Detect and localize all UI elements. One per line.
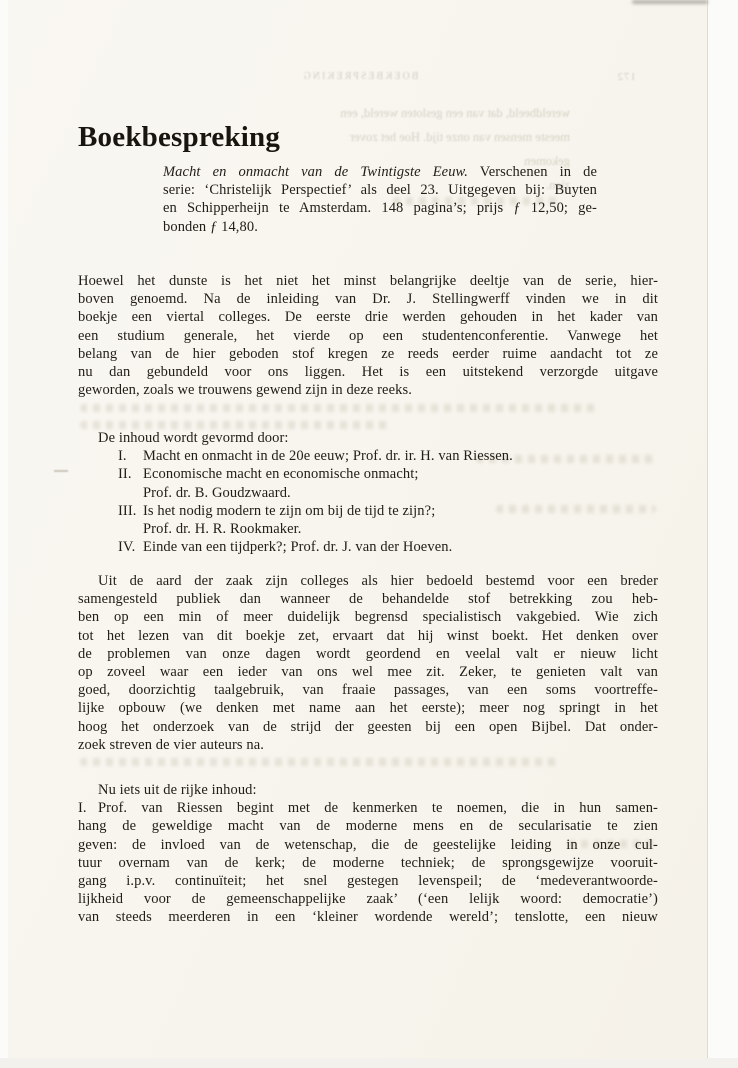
scan-edge-smudge (632, 0, 708, 4)
text-line: geworden, zoals we trouwens gewend zijn … (78, 381, 658, 399)
text-run: Uit de aard der zaak zijn colleges als h… (98, 573, 658, 589)
list-item-line: III.Is het nodig modern te zijn om bij d… (118, 502, 658, 520)
list-item-numeral: IV. (118, 538, 143, 556)
text-line: op zoveel waar een ieder van ons wel mee… (78, 663, 658, 681)
text-run: Prof. van Riessen begint met de kenmerke… (98, 800, 658, 816)
scan-bottom-edge (0, 1058, 738, 1068)
list-item-text: Economische macht en economische onmacht… (143, 465, 658, 483)
text-run: belang van de hier geboden stof kregen z… (78, 346, 658, 362)
list-item-line: Prof. dr. H. R. Rookmaker. (118, 520, 658, 538)
list-item-text: Prof. dr. B. Goudzwaard. (143, 484, 658, 502)
text-line: nu dan gebundeld voor ons liggen. Het is… (78, 363, 658, 381)
scan-smudge (80, 404, 600, 412)
text-run: bonden (163, 219, 210, 235)
text-line: boekje een viertal colleges. De eerste d… (78, 308, 658, 326)
list-item-text: Prof. dr. H. R. Rookmaker. (143, 520, 658, 538)
text-run: tot het lezen van dit boekje zet, ervaar… (78, 628, 658, 644)
text-run: geworden, zoals we trouwens gewend zijn … (78, 382, 412, 398)
text-run: en Schipperheijn te Amsterdam. 148 pagin… (163, 200, 513, 216)
ghost-page-number: 172 (596, 71, 636, 83)
text-run: I. (78, 799, 98, 817)
text-run: nu dan gebundeld voor ons liggen. Het is… (78, 364, 658, 380)
text-run: hang de geweldige macht van de moderne m… (78, 818, 658, 834)
text-line: lijke opbouw (we denken met name aan het… (78, 699, 658, 717)
text-run: een studium generale, het vierde op een … (78, 328, 658, 344)
text-run: hoog het onderzoek van de strijd der gee… (78, 719, 658, 735)
text-run: boven genoemd. Na de inleiding van Dr. J… (78, 291, 658, 307)
text-line: de problemen van onze dagen wordt georde… (78, 645, 658, 663)
text-line: Hoewel het dunste is het niet het minst … (78, 272, 658, 290)
text-line: tot het lezen van dit boekje zet, ervaar… (78, 627, 658, 645)
list-item-numeral: II. (118, 465, 143, 483)
text-line: Uit de aard der zaak zijn colleges als h… (78, 572, 658, 590)
scan-smudge (80, 758, 560, 766)
text-run: Hoewel het dunste is het niet het minst … (78, 273, 658, 289)
text-line: Macht en onmacht van de Twintigste Eeuw.… (163, 163, 597, 181)
list-item-line: Prof. dr. B. Goudzwaard. (118, 484, 658, 502)
text-run: ben op een min of meer duidelijk begrens… (78, 609, 658, 625)
text-run: Nu iets uit de rijke inhoud: (98, 782, 257, 798)
text-line: gang i.p.v. continuïteit; het snel geste… (78, 872, 658, 890)
text-line: lijkheid voor de gemeenschappelijke zaak… (78, 890, 658, 908)
text-run: van steeds meerderen in een ‘kleiner wor… (78, 909, 658, 925)
list-item-line: I.Macht en onmacht in de 20e eeuw; Prof.… (118, 447, 658, 465)
scan-smudge (80, 421, 390, 429)
text-run: de problemen van onze dagen wordt georde… (78, 646, 658, 662)
list-item-text: Is het nodig modern te zijn om bij de ti… (143, 502, 658, 520)
paragraph-content-summary: Nu iets uit de rijke inhoud:I.Prof. van … (78, 781, 658, 927)
text-line: bonden ƒ 14,80. (163, 218, 597, 236)
text-line: belang van de hier geboden stof kregen z… (78, 345, 658, 363)
text-line: boven genoemd. Na de inleiding van Dr. J… (78, 290, 658, 308)
text-run: op zoveel waar een ieder van ons wel mee… (78, 664, 658, 680)
paragraph-review: Uit de aard der zaak zijn colleges als h… (78, 572, 658, 754)
ghost-running-header: BOEKBESPREKING (280, 71, 440, 82)
list-item-numeral: III. (118, 502, 143, 520)
text-run: boekje een viertal colleges. De eerste d… (78, 309, 658, 325)
list-item-text: Einde van een tijdperk?; Prof. dr. J. va… (143, 538, 658, 556)
text-line: serie: ‘Christelijk Perspectief’ als dee… (163, 181, 597, 199)
text-line: ben op een min of meer duidelijk begrens… (78, 608, 658, 626)
text-line: geven: de invloed van de wetenschap, die… (78, 836, 658, 854)
contents-list-items: I.Macht en onmacht in de 20e eeuw; Prof.… (78, 447, 658, 556)
page-paper: BOEKBESPREKING 172 wereldbeeld, dat van … (8, 0, 708, 1059)
text-line: I.Prof. van Riessen begint met de kenmer… (78, 799, 658, 817)
text-run: lijke opbouw (we denken met name aan het… (78, 700, 658, 716)
scanned-book-page: BOEKBESPREKING 172 wereldbeeld, dat van … (0, 0, 738, 1068)
list-item-line: II.Economische macht en economische onma… (118, 465, 658, 483)
italic-text: Macht en onmacht van de Twintigste Eeuw. (163, 164, 468, 180)
contents-list-intro: De inhoud wordt gevormd door: (78, 429, 658, 447)
text-run: geven: de invloed van de wetenschap, die… (78, 837, 658, 853)
text-run: lijkheid voor de gemeenschappelijke zaak… (78, 891, 658, 907)
text-line: zoek streven de vier auteurs na. (78, 736, 658, 754)
text-run: tuur overnam van de kerk; de moderne tec… (78, 855, 658, 871)
list-item-numeral: I. (118, 447, 143, 465)
contents-list: De inhoud wordt gevormd door: I.Macht en… (78, 429, 658, 556)
page-title: Boekbespreking (78, 120, 498, 155)
text-line: tuur overnam van de kerk; de moderne tec… (78, 854, 658, 872)
list-item-text: Macht en onmacht in de 20e eeuw; Prof. d… (143, 447, 658, 465)
text-run: 14,80. (217, 219, 258, 235)
text-run: samengesteld publiek dan wanneer de beha… (78, 591, 658, 607)
text-line: en Schipperheijn te Amsterdam. 148 pagin… (163, 199, 597, 217)
scan-margin-artifact (54, 470, 68, 472)
text-run: zoek streven de vier auteurs na. (78, 737, 264, 753)
list-item-numeral (118, 484, 143, 502)
text-line: hang de geweldige macht van de moderne m… (78, 817, 658, 835)
book-citation: Macht en onmacht van de Twintigste Eeuw.… (163, 163, 597, 236)
text-run: gang i.p.v. continuïteit; het snel geste… (78, 873, 658, 889)
italic-text: ƒ (513, 200, 520, 216)
paragraph-introduction: Hoewel het dunste is het niet het minst … (78, 272, 658, 399)
list-item-line: IV.Einde van een tijdperk?; Prof. dr. J.… (118, 538, 658, 556)
text-line: een studium generale, het vierde op een … (78, 327, 658, 345)
text-run: Verschenen in de (468, 164, 597, 180)
text-line: van steeds meerderen in een ‘kleiner wor… (78, 908, 658, 926)
text-line: Nu iets uit de rijke inhoud: (78, 781, 658, 799)
text-line: goed, doorzichtig taalgebruik, van fraai… (78, 681, 658, 699)
list-item-numeral (118, 520, 143, 538)
text-line: hoog het onderzoek van de strijd der gee… (78, 718, 658, 736)
text-run: 12,50; ge- (521, 200, 597, 216)
text-line: samengesteld publiek dan wanneer de beha… (78, 590, 658, 608)
text-run: goed, doorzichtig taalgebruik, van fraai… (78, 682, 658, 698)
text-run: serie: ‘Christelijk Perspectief’ als dee… (163, 182, 597, 198)
